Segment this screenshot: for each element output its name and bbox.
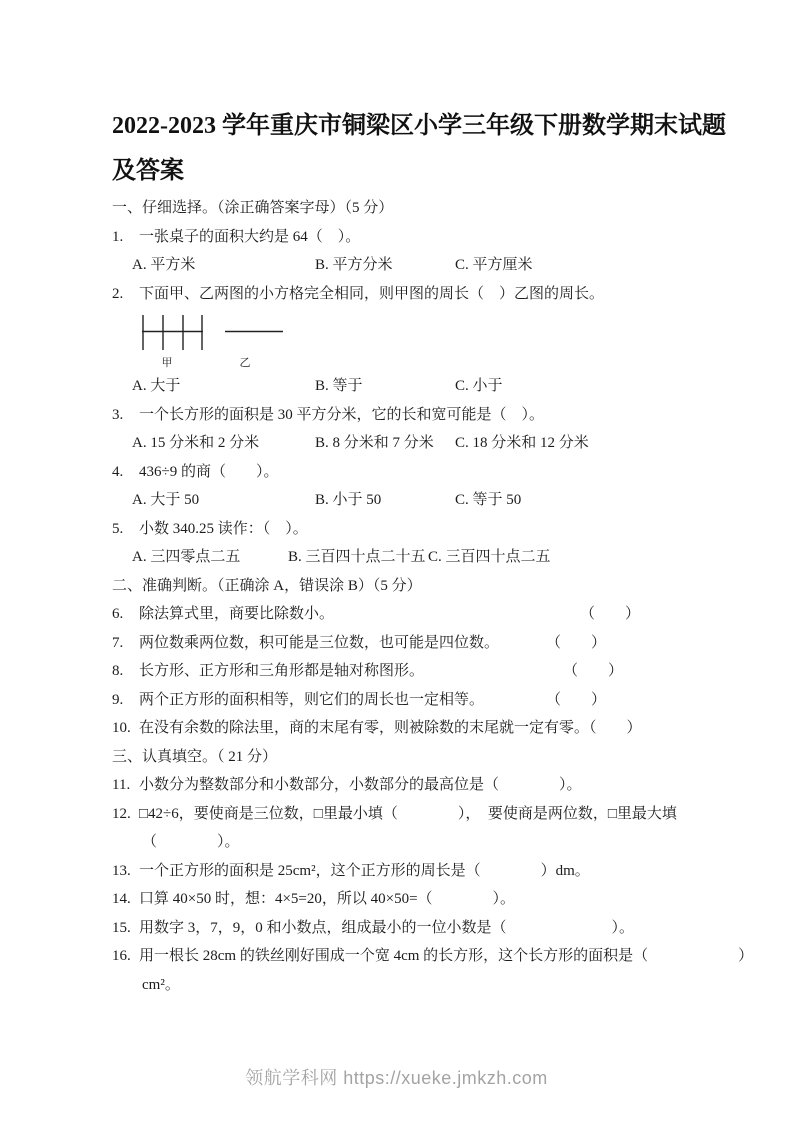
question-2-options: A. 大于B. 等于C. 小于: [112, 372, 753, 401]
option-a: A. 15 分米和 2 分米: [132, 429, 315, 458]
question-8: 8.长方形、正方形和三角形都是轴对称图形。 （ ）: [112, 657, 753, 686]
question-3-number: 3.: [112, 401, 139, 430]
option-b: B. 小于 50: [315, 486, 455, 515]
question-16-continuation: cm²。: [112, 971, 753, 1000]
question-12-text-line1: □42÷6，要使商是三位数，□里最小填（ ）， 要使商是两位数，□里最大填: [139, 806, 677, 822]
watermark-footer: 领航学科网 https://xueke.jmkzh.com: [0, 1064, 793, 1090]
option-b: B. 平方分米: [315, 251, 455, 280]
question-1-options: A. 平方米B. 平方分米C. 平方厘米: [112, 251, 753, 280]
answer-blank: （ ）: [563, 657, 623, 686]
answer-blank: （ ）: [546, 686, 606, 715]
question-9: 9.两个正方形的面积相等，则它们的周长也一定相等。 （ ）: [112, 686, 753, 715]
section-heading-fill: 三、认真填空。（ 21 分）: [112, 743, 753, 772]
question-1-text: 一张桌子的面积大约是 64（ ）。: [139, 229, 360, 245]
question-11: 11.小数分为整数部分和小数部分，小数部分的最高位是（ ）。: [112, 771, 753, 800]
question-7-number: 7.: [112, 629, 139, 658]
question-5-number: 5.: [112, 515, 139, 544]
question-12-continuation: （ ）。: [112, 828, 753, 857]
question-2-figure: 甲 乙: [112, 308, 753, 372]
question-15-text: 用数字 3，7，9，0 和小数点，组成最小的一位小数是（ ）。: [139, 920, 634, 936]
option-c: C. 平方厘米: [455, 257, 533, 273]
question-15: 15.用数字 3，7，9，0 和小数点，组成最小的一位小数是（ ）。: [112, 914, 753, 943]
question-10: 10.在没有余数的除法里，商的末尾有零，则被除数的末尾就一定有零。（ ）: [112, 714, 753, 743]
question-16-number: 16.: [112, 942, 139, 971]
option-a: A. 平方米: [132, 251, 315, 280]
question-13: 13.一个正方形的面积是 25cm²，这个正方形的周长是（ ）dm。: [112, 857, 753, 886]
question-12-text-line2: （ ）。: [142, 834, 240, 850]
question-5-options: A. 三四零点二五B. 三百四十点二十五C. 三百四十点二五: [112, 543, 753, 572]
question-9-text: 两个正方形的面积相等，则它们的周长也一定相等。: [139, 692, 484, 708]
option-c: C. 18 分米和 12 分米: [455, 435, 589, 451]
option-a: A. 三四零点二五: [132, 543, 288, 572]
question-4-options: A. 大于 50B. 小于 50C. 等于 50: [112, 486, 753, 515]
question-8-number: 8.: [112, 657, 139, 686]
question-3-text: 一个长方形的面积是 30 平方分米，它的长和宽可能是（ ）。: [139, 407, 544, 423]
option-b: B. 等于: [315, 372, 455, 401]
page-title-line1: 2022-2023 学年重庆市铜梁区小学三年级下册数学期末试题: [112, 113, 726, 139]
question-6-text: 除法算式里，商要比除数小。: [139, 606, 334, 622]
question-11-number: 11.: [112, 771, 139, 800]
answer-blank: （ ）: [589, 720, 642, 736]
question-16-text-line1: 用一根长 28cm 的铁丝刚好围成一个宽 4cm 的长方形，这个长方形的面积是（…: [139, 948, 753, 964]
question-6-number: 6.: [112, 600, 139, 629]
option-b: B. 三百四十点二十五: [288, 543, 428, 572]
question-14-number: 14.: [112, 885, 139, 914]
exam-paper-page: 2022-2023 学年重庆市铜梁区小学三年级下册数学期末试题 及答案 一、仔细…: [0, 0, 793, 1122]
option-c: C. 三百四十点二五: [428, 549, 551, 565]
answer-blank: （ ）: [546, 629, 606, 658]
question-16-text-line2: cm²。: [142, 977, 180, 993]
option-a: A. 大于: [132, 372, 315, 401]
option-c: C. 小于: [455, 378, 503, 394]
answer-blank: （ ）: [580, 600, 640, 629]
yi-label: 乙: [240, 356, 251, 369]
question-16: 16.用一根长 28cm 的铁丝刚好围成一个宽 4cm 的长方形，这个长方形的面…: [112, 942, 753, 971]
section-heading-judge: 二、准确判断。（正确涂 A，错误涂 B）（5 分）: [112, 572, 753, 601]
question-13-number: 13.: [112, 857, 139, 886]
question-7-text: 两位数乘两位数，积可能是三位数，也可能是四位数。: [139, 635, 499, 651]
question-6: 6.除法算式里，商要比除数小。 （ ）: [112, 600, 753, 629]
question-15-number: 15.: [112, 914, 139, 943]
page-title: 2022-2023 学年重庆市铜梁区小学三年级下册数学期末试题 及答案: [0, 0, 793, 194]
question-14-text: 口算 40×50 时，想：4×5=20，所以 40×50=（ ）。: [139, 891, 515, 907]
question-11-text: 小数分为整数部分和小数部分，小数部分的最高位是（ ）。: [139, 777, 582, 793]
question-4: 4.436÷9 的商（ ）。: [112, 458, 753, 487]
question-3-options: A. 15 分米和 2 分米B. 8 分米和 7 分米C. 18 分米和 12 …: [112, 429, 753, 458]
jia-grid-shape: [142, 315, 203, 350]
question-7: 7.两位数乘两位数，积可能是三位数，也可能是四位数。 （ ）: [112, 629, 753, 658]
exam-body: 一、仔细选择。（涂正确答案字母）（5 分） 1.一张桌子的面积大约是 64（ ）…: [0, 194, 793, 999]
question-5: 5.小数 340.25 读作：（ ）。: [112, 515, 753, 544]
question-2: 2.下面甲、乙两图的小方格完全相同，则甲图的周长（ ）乙图的周长。: [112, 280, 753, 309]
option-a: A. 大于 50: [132, 486, 315, 515]
question-13-text: 一个正方形的面积是 25cm²，这个正方形的周长是（ ）dm。: [139, 863, 590, 879]
question-5-text: 小数 340.25 读作：（ ）。: [139, 521, 308, 537]
option-c: C. 等于 50: [455, 492, 521, 508]
question-1: 1.一张桌子的面积大约是 64（ ）。: [112, 223, 753, 252]
grid-comparison-figure: 甲 乙: [112, 308, 332, 372]
question-12-number: 12.: [112, 800, 139, 829]
question-2-number: 2.: [112, 280, 139, 309]
question-12: 12.□42÷6，要使商是三位数，□里最小填（ ）， 要使商是两位数，□里最大填: [112, 800, 753, 829]
question-14: 14.口算 40×50 时，想：4×5=20，所以 40×50=（ ）。: [112, 885, 753, 914]
section-heading-choice: 一、仔细选择。（涂正确答案字母）（5 分）: [112, 194, 753, 223]
question-4-number: 4.: [112, 458, 139, 487]
question-9-number: 9.: [112, 686, 139, 715]
question-1-number: 1.: [112, 223, 139, 252]
page-title-line2: 及答案: [112, 158, 184, 184]
question-10-number: 10.: [112, 714, 139, 743]
question-10-text: 在没有余数的除法里，商的末尾有零，则被除数的末尾就一定有零。: [139, 720, 589, 736]
jia-label: 甲: [162, 356, 173, 369]
question-8-text: 长方形、正方形和三角形都是轴对称图形。: [139, 663, 424, 679]
question-2-text: 下面甲、乙两图的小方格完全相同，则甲图的周长（ ）乙图的周长。: [139, 286, 604, 302]
question-4-text: 436÷9 的商（ ）。: [139, 464, 278, 480]
question-3: 3.一个长方形的面积是 30 平方分米，它的长和宽可能是（ ）。: [112, 401, 753, 430]
option-b: B. 8 分米和 7 分米: [315, 429, 455, 458]
